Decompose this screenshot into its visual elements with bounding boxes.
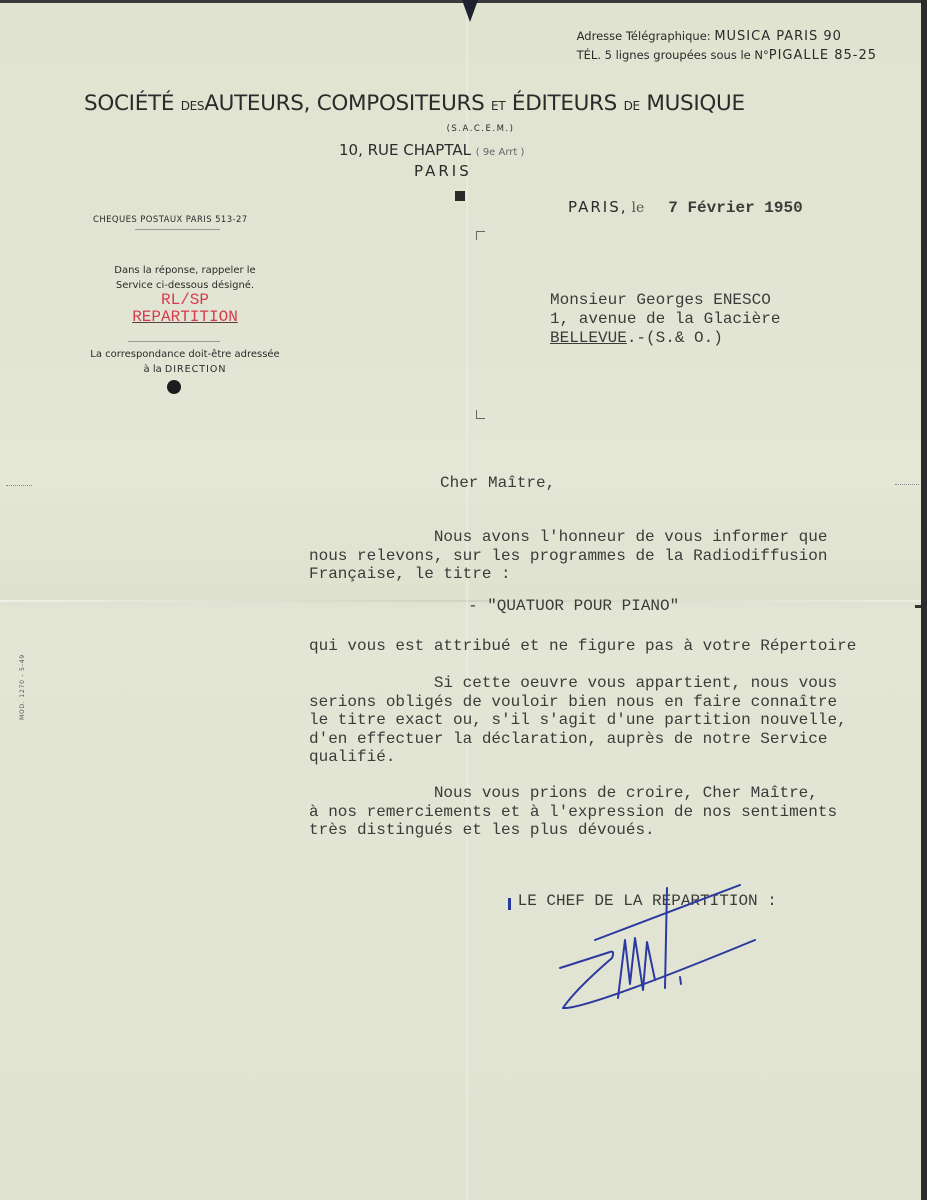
direction-instruction: La correspondance doit-être adressée à l…	[70, 347, 300, 377]
form-reference: MOD. 1270 - 5-49	[19, 654, 26, 720]
service-code: RL/SP	[70, 292, 300, 309]
paragraph: qui vous est attribué et ne figure pas à…	[309, 637, 856, 656]
work-title: - "QUATUOR POUR PIANO"	[468, 597, 679, 616]
dot-ornament-icon	[167, 380, 181, 394]
fold-mark-right	[895, 484, 919, 486]
handwritten-signature-icon	[555, 880, 775, 1020]
recipient-address: Monsieur Georges ENESCO1, avenue de la G…	[550, 291, 780, 348]
society-acronym: (S.A.C.E.M.)	[0, 124, 921, 134]
paper-tear-mark	[915, 605, 921, 608]
letter-date: 7 Février 1950	[668, 199, 802, 217]
service-name: REPARTITION	[70, 309, 300, 326]
society-name: SOCIÉTÉ DESAUTEURS, COMPOSITEURS ET ÉDIT…	[84, 91, 745, 116]
telegraph-info: Adresse Télégraphique: MUSICA PARIS 90 T…	[577, 27, 877, 65]
window-corner-mark	[476, 410, 485, 419]
divider	[128, 341, 220, 342]
paragraph: Si cette oeuvre vous appartient, nous vo…	[309, 674, 847, 767]
fold-crease-horizontal	[0, 600, 921, 602]
paper-notch	[462, 0, 478, 22]
service-stamp: RL/SP REPARTITION	[70, 292, 300, 326]
paragraph: Nous vous prions de croire, Cher Maître,…	[309, 784, 837, 840]
salutation: Cher Maître,	[440, 474, 555, 493]
dateline: PARIS, le 7 Février 1950	[568, 198, 803, 217]
telegraph-address: Adresse Télégraphique: MUSICA PARIS 90	[577, 27, 877, 46]
telephone-line: TÉL. 5 lignes groupées sous le N°PIGALLE…	[577, 46, 877, 65]
pen-mark	[508, 898, 511, 910]
society-street: 10, RUE CHAPTAL ( 9e Arrt )	[339, 141, 524, 159]
paragraph: Nous avons l'honneur de vous informer qu…	[309, 528, 827, 584]
scan-edge-right	[921, 0, 927, 1200]
divider	[135, 229, 220, 230]
reply-instruction: Dans la réponse, rappeler le Service ci-…	[70, 263, 300, 293]
square-ornament-icon	[455, 191, 465, 201]
postal-cheques: CHEQUES POSTAUX PARIS 513-27	[93, 215, 248, 225]
window-corner-mark	[476, 231, 485, 240]
society-city: PARIS	[414, 162, 472, 180]
fold-mark-left	[6, 485, 32, 487]
